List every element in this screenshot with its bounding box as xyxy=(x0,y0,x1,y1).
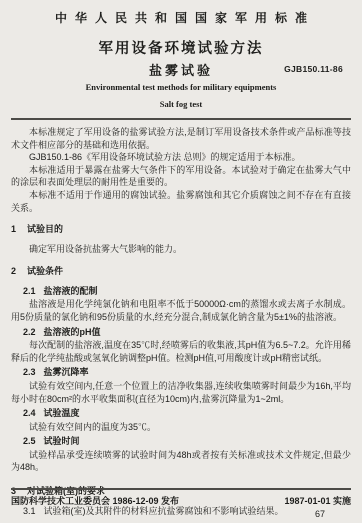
footer-row: 国防科学技术工业委员会 1986-12-09 发布 1987-01-01 实施 xyxy=(11,494,351,507)
subsection-2-4: 2.4试验温度 试验有效空间内的温度为35℃。 xyxy=(11,407,351,433)
section-2-heading: 2试验条件 xyxy=(11,265,351,277)
subsection-2-3-paragraph: 试验有效空间内,任意一个位置上的洁净收集器,连续收集喷雾时间最少为16h,平均每… xyxy=(11,380,351,405)
standard-type-line: 中华人民共和国国家军用标准 xyxy=(11,9,351,26)
subsection-2-1-title: 盐溶液的配制 xyxy=(44,286,98,296)
subsection-2-5-paragraph: 试验样品承受连续喷雾的试验时间为48h或者按有关标准或技术文件规定,但最少为48… xyxy=(11,449,351,474)
section-1-heading: 1试验目的 xyxy=(11,223,351,235)
intro-paragraph-3: 本标准适用于暴露在盐雾大气条件下的军用设备。本试验对于确定在盐雾大气中的涂层和表… xyxy=(11,164,351,189)
subsection-2-3: 2.3盐雾沉降率 试验有效空间内,任意一个位置上的洁净收集器,连续收集喷雾时间最… xyxy=(11,366,351,405)
document-title: 军用设备环境试验方法 xyxy=(11,37,351,58)
footer-issuer: 国防科学技术工业委员会 1986-12-09 发布 xyxy=(11,494,179,507)
section-1-paragraph: 确定军用设备抗盐雾大气影响的能力。 xyxy=(11,243,351,256)
subsection-2-4-number: 2.4 xyxy=(23,408,36,418)
document-subtitle-english: Salt fog test xyxy=(11,99,351,109)
subsection-2-4-title: 试验温度 xyxy=(44,408,80,418)
section-1-title: 试验目的 xyxy=(27,224,63,234)
subsection-2-5: 2.5试验时间 试验样品承受连续喷雾的试验时间为48h或者按有关标准或技术文件规… xyxy=(11,435,351,474)
section-1-number: 1 xyxy=(11,224,16,234)
subsection-2-5-number: 2.5 xyxy=(23,436,36,446)
section-1: 1试验目的 确定军用设备抗盐雾大气影响的能力。 xyxy=(11,223,351,256)
subsection-2-5-heading: 2.5试验时间 xyxy=(11,435,351,448)
page-number: 67 xyxy=(11,509,351,519)
intro-paragraph-4: 本标准不适用于作通用的腐蚀试验。盐雾腐蚀和其它介质腐蚀之间不存在有直接关系。 xyxy=(11,189,351,214)
subsection-2-1-paragraph: 盐溶液是用化学纯氯化钠和电阻率不低于50000Ω·cm的蒸馏水或去离子水制成。用… xyxy=(11,298,351,323)
subsection-2-1-number: 2.1 xyxy=(23,286,36,296)
standard-number: GJB150.11-86 xyxy=(284,64,343,74)
section-2: 2试验条件 2.1盐溶液的配制 盐溶液是用化学纯氯化钠和电阻率不低于50000Ω… xyxy=(11,265,351,474)
subsection-2-2-paragraph: 每次配制的盐溶液,温度在35℃时,经喷雾后的收集液,其pH值为6.5~7.2。允… xyxy=(11,339,351,364)
subtitle-row: 盐雾试验 GJB150.11-86 xyxy=(11,60,351,77)
subsection-2-2-title: 盐溶液的pH值 xyxy=(44,327,101,337)
section-2-number: 2 xyxy=(11,266,16,276)
document-footer: 国防科学技术工业委员会 1986-12-09 发布 1987-01-01 实施 … xyxy=(11,488,351,519)
subsection-2-1-heading: 2.1盐溶液的配制 xyxy=(11,285,351,298)
subsection-2-3-number: 2.3 xyxy=(23,367,36,377)
document-body: 本标准规定了军用设备的盐雾试验方法,是制订军用设备技术条件或产品标准等技术文件相… xyxy=(11,126,351,518)
document-page: 中华人民共和国国家军用标准 军用设备环境试验方法 盐雾试验 GJB150.11-… xyxy=(0,0,362,523)
footer-divider xyxy=(11,488,351,490)
subsection-2-3-heading: 2.3盐雾沉降率 xyxy=(11,366,351,379)
document-header: 中华人民共和国国家军用标准 军用设备环境试验方法 盐雾试验 GJB150.11-… xyxy=(11,9,351,109)
footer-implementation-date: 1987-01-01 实施 xyxy=(284,494,351,507)
intro-paragraph-2: GJB150.1-86《军用设备环境试验方法 总则》的规定适用于本标准。 xyxy=(11,151,351,164)
subsection-2-1: 2.1盐溶液的配制 盐溶液是用化学纯氯化钠和电阻率不低于50000Ω·cm的蒸馏… xyxy=(11,285,351,324)
subsection-2-5-title: 试验时间 xyxy=(44,436,80,446)
document-title-english: Environmental test methods for military … xyxy=(11,82,351,92)
subsection-2-4-heading: 2.4试验温度 xyxy=(11,407,351,420)
subsection-2-2-number: 2.2 xyxy=(23,327,36,337)
subsection-2-3-title: 盐雾沉降率 xyxy=(44,367,89,377)
section-2-title: 试验条件 xyxy=(27,266,63,276)
intro-paragraph-1: 本标准规定了军用设备的盐雾试验方法,是制订军用设备技术条件或产品标准等技术文件相… xyxy=(11,126,351,151)
header-divider xyxy=(11,118,351,120)
subsection-2-2-heading: 2.2盐溶液的pH值 xyxy=(11,326,351,339)
subsection-2-2: 2.2盐溶液的pH值 每次配制的盐溶液,温度在35℃时,经喷雾后的收集液,其pH… xyxy=(11,326,351,365)
subsection-2-4-paragraph: 试验有效空间内的温度为35℃。 xyxy=(11,421,351,434)
